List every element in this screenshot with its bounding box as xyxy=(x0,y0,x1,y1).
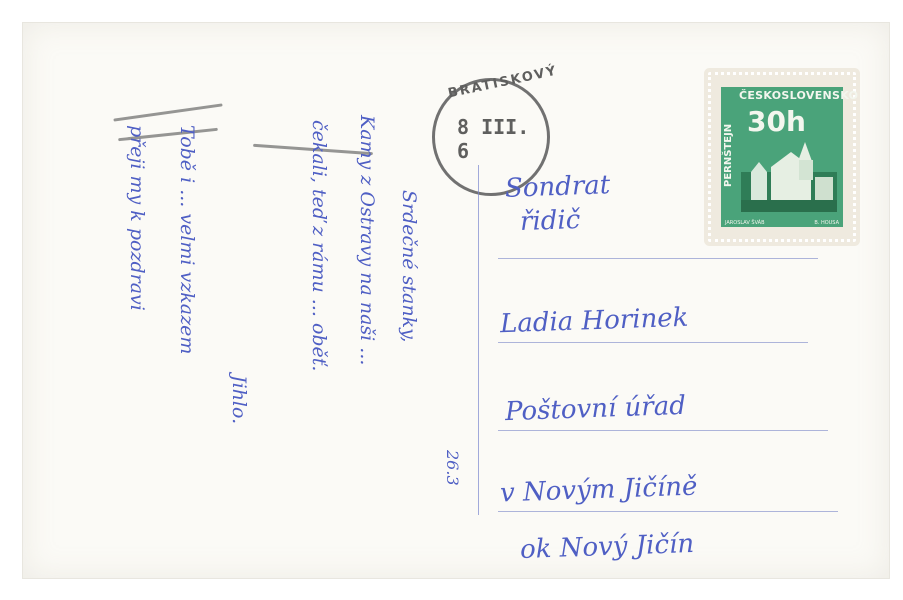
cancellation-wave xyxy=(113,103,222,121)
address-line xyxy=(498,258,818,259)
address-divider xyxy=(478,165,479,515)
postage-stamp: ČESKOSLOVENSKO 30h PERNŠTEJN JAROSLAV ŠV… xyxy=(708,72,856,242)
stamp-artist: JAROSLAV ŠVÁB xyxy=(725,220,765,226)
address-line-1: Sondrat xyxy=(505,170,611,204)
message-line-1: Srdečné stanky, xyxy=(398,190,420,342)
address-line xyxy=(498,430,828,431)
address-line xyxy=(498,342,808,343)
stamp-place: PERNŠTEJN xyxy=(723,124,734,187)
address-line-6: ok Nový Jičín xyxy=(520,529,695,565)
address-line xyxy=(498,511,838,512)
message-line-3: čekali, teď z rámu ... oběť. xyxy=(308,120,330,371)
stamp-country: ČESKOSLOVENSKO xyxy=(739,89,858,102)
message-line-2: Kamy z Ostravy na naši ... xyxy=(356,115,378,365)
message-line-6: přeji my k pozdravi xyxy=(126,125,148,311)
date-note: 26.3 xyxy=(443,450,462,486)
address-line-4: Poštovní úřad xyxy=(505,391,687,427)
postmark-date: 8 III. 6 xyxy=(457,115,547,163)
message-line-5: Tobě i ... velmi vzkazem xyxy=(176,125,198,354)
address-line-2: řidič xyxy=(519,205,580,237)
castle-illustration-icon xyxy=(741,142,837,212)
stamp-value: 30h xyxy=(747,105,806,138)
stamp-engraver: B. HOUSA xyxy=(814,220,839,226)
message-line-4: Jihlo. xyxy=(228,375,250,424)
